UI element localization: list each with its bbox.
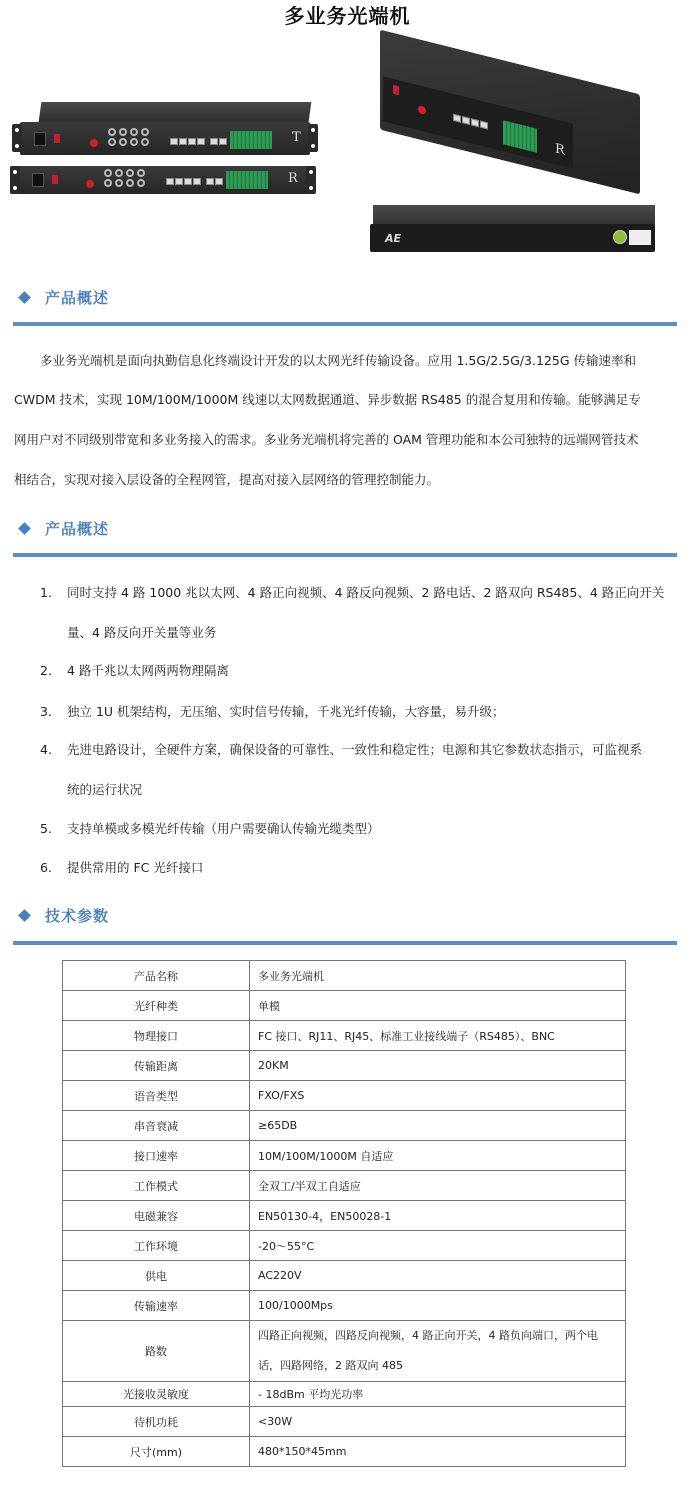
- spec-key: 工作模式: [63, 1171, 250, 1201]
- section-divider: [13, 553, 677, 557]
- spec-key: 传输速率: [63, 1291, 250, 1321]
- spec-key: 光纤种类: [63, 991, 250, 1021]
- unit-label-t: T: [292, 130, 301, 145]
- spec-key: 接口速率: [63, 1141, 250, 1171]
- spec-key: 物理接口: [63, 1021, 250, 1051]
- spec-key: 电磁兼容: [63, 1201, 250, 1231]
- spec-key: 产品名称: [63, 961, 250, 991]
- spec-key: 工作环境: [63, 1231, 250, 1261]
- spec-key: 传输距离: [63, 1051, 250, 1081]
- section-header-specs: 技术参数: [18, 904, 109, 926]
- unit-label-r-angled: R: [555, 141, 565, 158]
- spec-value: ≥65DB: [250, 1111, 626, 1141]
- spec-value: 20KM: [250, 1051, 626, 1081]
- table-row: 物理接口FC 接口、RJ11、RJ45、标准工业接线端子（RS485）、BNC: [63, 1021, 626, 1051]
- spec-value: 单模: [250, 991, 626, 1021]
- spec-value: <30W: [250, 1407, 626, 1437]
- table-row: 光接收灵敏度 - 18dBm 平均光功率: [63, 1382, 626, 1407]
- table-row: 路数四路正向视频，四路反向视频，4 路正向开关，4 路负向端口，两个电话，四路网…: [63, 1321, 626, 1382]
- spec-key: 串音衰减: [63, 1111, 250, 1141]
- table-row: 尺寸(mm)480*150*45mm: [63, 1437, 626, 1467]
- spec-key: 供电: [63, 1261, 250, 1291]
- spec-value: -20～55°C: [250, 1231, 626, 1261]
- diamond-bullet-icon: [18, 291, 31, 304]
- table-row: 串音衰减≥65DB: [63, 1111, 626, 1141]
- table-row: 待机功耗<30W: [63, 1407, 626, 1437]
- spec-value: 100/1000Mps: [250, 1291, 626, 1321]
- table-row: 工作环境-20～55°C: [63, 1231, 626, 1261]
- spec-value: FC 接口、RJ11、RJ45、标准工业接线端子（RS485）、BNC: [250, 1021, 626, 1051]
- section-header-features: 产品概述: [18, 517, 109, 539]
- spec-key: 待机功耗: [63, 1407, 250, 1437]
- diamond-bullet-icon: [18, 522, 31, 535]
- spec-table: 产品名称多业务光端机 光纤种类单模 物理接口FC 接口、RJ11、RJ45、标准…: [62, 960, 626, 1467]
- section-header-overview: 产品概述: [18, 286, 109, 308]
- table-row: 光纤种类单模: [63, 991, 626, 1021]
- spec-value: 四路正向视频，四路反向视频，4 路正向开关，4 路负向端口，两个电话，四路网络，…: [250, 1321, 626, 1382]
- table-row: 供电AC220V: [63, 1261, 626, 1291]
- spec-key: 尺寸(mm): [63, 1437, 250, 1467]
- table-row: 产品名称多业务光端机: [63, 961, 626, 991]
- spec-value: - 18dBm 平均光功率: [250, 1382, 626, 1407]
- table-row: 工作模式全双工/半双工自适应: [63, 1171, 626, 1201]
- table-row: 传输速率100/1000Mps: [63, 1291, 626, 1321]
- section-title: 技术参数: [45, 905, 109, 926]
- table-row: 传输距离20KM: [63, 1051, 626, 1081]
- section-divider: [13, 941, 677, 945]
- spec-value: 480*150*45mm: [250, 1437, 626, 1467]
- spec-value: AC220V: [250, 1261, 626, 1291]
- diamond-bullet-icon: [18, 909, 31, 922]
- spec-value: FXO/FXS: [250, 1081, 626, 1111]
- section-title: 产品概述: [45, 287, 109, 308]
- table-row: 电磁兼容EN50130-4，EN50028-1: [63, 1201, 626, 1231]
- table-row: 接口速率10M/100M/1000M 自适应: [63, 1141, 626, 1171]
- section-title: 产品概述: [45, 518, 109, 539]
- section-divider: [13, 322, 677, 326]
- spec-value: 10M/100M/1000M 自适应: [250, 1141, 626, 1171]
- spec-key: 光接收灵敏度: [63, 1382, 250, 1407]
- spec-value: 多业务光端机: [250, 961, 626, 991]
- spec-key: 路数: [63, 1321, 250, 1382]
- table-row: 语音类型FXO/FXS: [63, 1081, 626, 1111]
- page-title: 多业务光端机: [0, 3, 695, 29]
- brand-logo: AE: [385, 232, 401, 245]
- unit-label-r: R: [288, 171, 298, 186]
- spec-key: 语音类型: [63, 1081, 250, 1111]
- spec-value: 全双工/半双工自适应: [250, 1171, 626, 1201]
- spec-value: EN50130-4，EN50028-1: [250, 1201, 626, 1231]
